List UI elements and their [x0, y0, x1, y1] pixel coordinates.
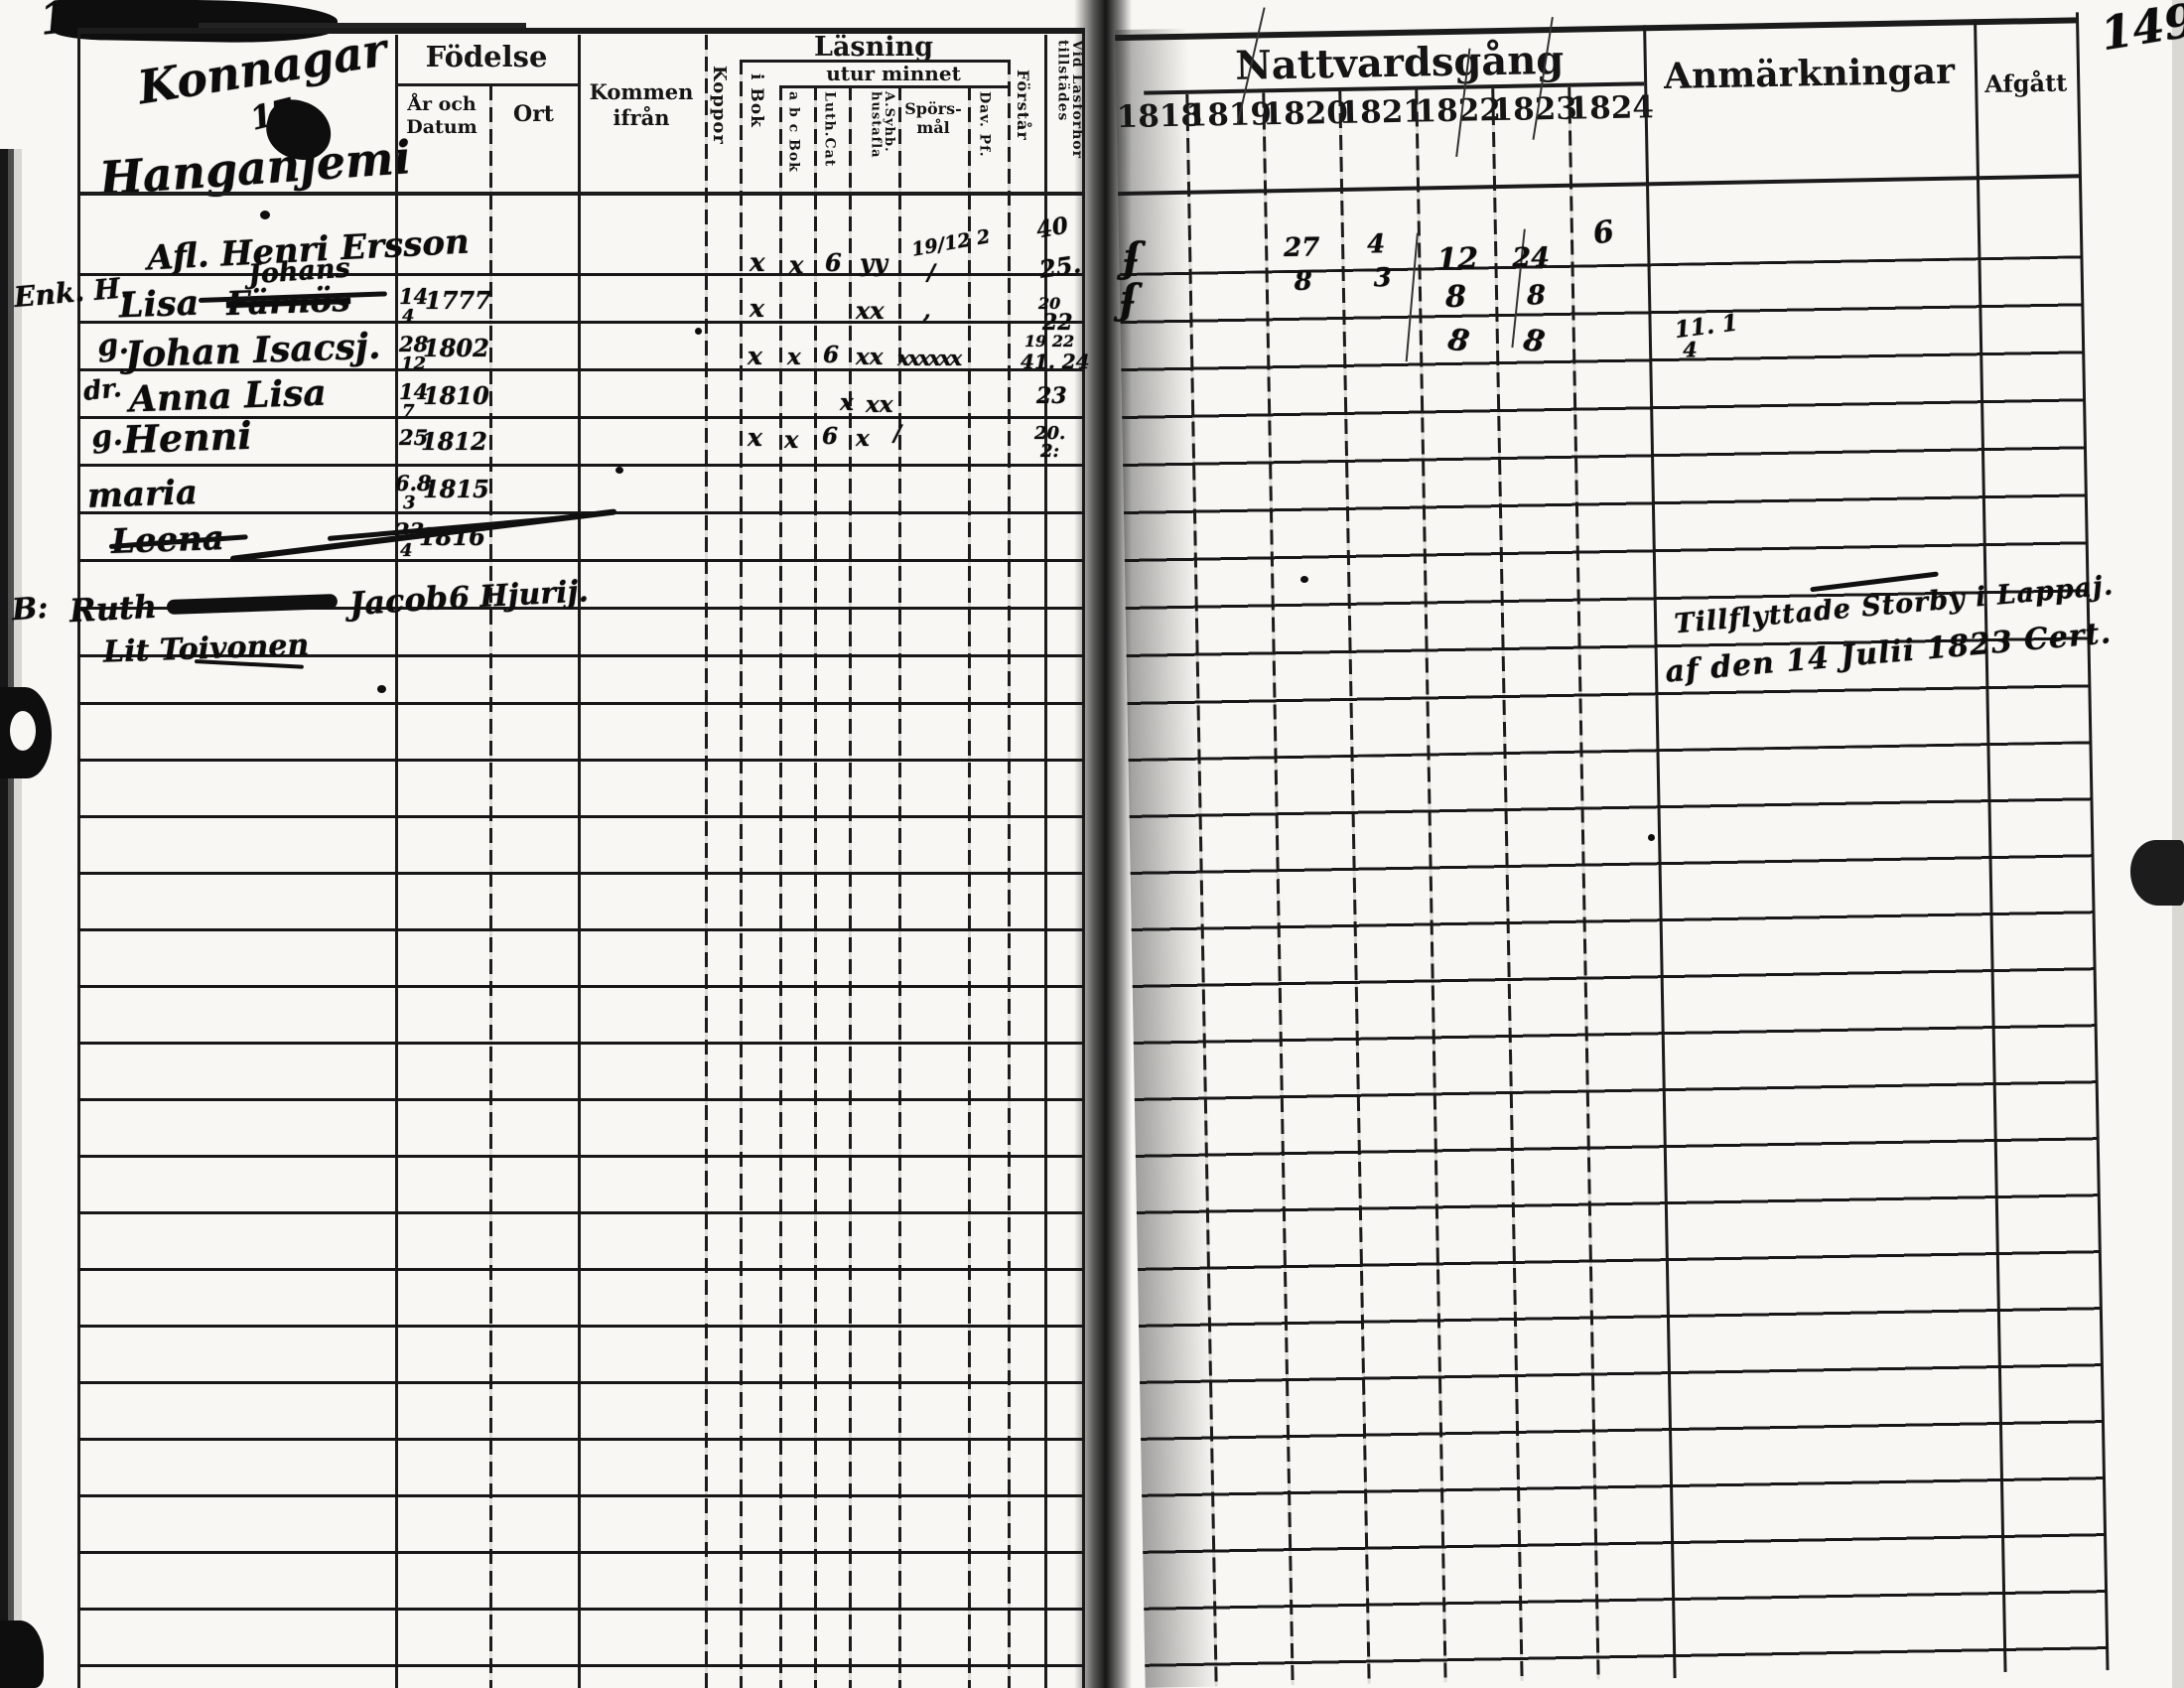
communion-margin-mark: ʄ	[1123, 234, 1141, 281]
reading-mark: ,	[923, 298, 931, 324]
right-page: Nattvardsgång 1818 1819 1820 1821 1822 1…	[1115, 0, 2114, 1688]
year-label-1822: 1822	[1415, 92, 1492, 129]
year-label-1821: 1821	[1338, 94, 1416, 131]
reading-mark: x	[750, 294, 764, 323]
fodelse-underline	[395, 83, 578, 86]
communion-date-num: 4	[1367, 229, 1386, 259]
attendance-number: 41. 24	[1021, 350, 1090, 373]
header-lasning: Läsning	[740, 32, 1008, 63]
ink-speck	[1300, 576, 1308, 583]
birth-month: 3	[403, 492, 416, 513]
birth-year: 1812	[421, 427, 487, 456]
header-utur-minnet: utur minnet	[779, 62, 1008, 85]
grid-rows-lower-left	[77, 759, 1084, 1688]
year-label-1820: 1820	[1262, 95, 1339, 132]
remark-number: 4	[1683, 337, 1698, 361]
year-label-1819: 1819	[1185, 96, 1263, 133]
entry-name: Johan Isacsj.	[124, 326, 381, 376]
attendance-number: 40	[1034, 211, 1070, 243]
year-label-1824: 1824	[1568, 89, 1645, 126]
binding-clasp-hole	[10, 711, 36, 751]
birth-year: 1815	[423, 475, 489, 503]
header-anmarkningar: Anmärkningar	[1644, 50, 1976, 97]
reading-mark: 6	[825, 248, 842, 277]
reading-mark: 6	[822, 423, 838, 450]
scan-corner-bottom-left	[0, 1620, 44, 1688]
header-koppor: Koppor	[709, 66, 728, 191]
communion-date-den: 3	[1373, 263, 1392, 293]
reading-mark: xx	[856, 344, 883, 370]
communion-margin-mark: ʄ	[1120, 276, 1138, 323]
header-dav-pf: Dav. Pf.	[977, 91, 992, 191]
entry-note: 6 Hjurij.	[448, 574, 589, 616]
communion-date-den: 8	[1527, 280, 1546, 311]
header-ort: Ort	[489, 101, 578, 127]
communion-date-num: 27	[1284, 232, 1320, 263]
reading-mark: x	[856, 425, 870, 452]
reading-mark: xx	[856, 296, 885, 325]
entry-margin-note: dr.	[82, 373, 123, 407]
scanned-parish-register-spread: 148 149 Konnagar 17 Hanganjemi Födelse Å…	[0, 0, 2184, 1688]
header-afgatt: Afgått	[1975, 68, 2078, 98]
ink-speck	[260, 211, 270, 219]
entry-name: Lisa	[118, 283, 200, 327]
reading-mark: x	[748, 423, 762, 452]
header-vid-lasforhor: Vid Läsförhör tillstädes	[1046, 40, 1084, 191]
year-label-1823: 1823	[1491, 91, 1569, 128]
reading-mark: /	[893, 421, 901, 447]
reading-mark: xxxxxx	[897, 346, 960, 370]
scan-edge-left	[0, 149, 22, 1688]
reading-mark: x	[784, 425, 798, 454]
reading-mark: 19/12 2	[910, 225, 992, 260]
communion-date-num: 6	[1590, 214, 1616, 252]
attendance-number: 25.	[1037, 249, 1082, 284]
header-abc-bok: a b c Bok	[786, 91, 801, 191]
ink-speck	[695, 328, 702, 335]
birth-month: 4	[402, 306, 415, 327]
entry-name: Ruth	[68, 588, 158, 631]
reading-mark: x	[787, 344, 801, 370]
attendance-number: 19 22	[1024, 332, 1074, 351]
grid-rows-lower-right	[1129, 741, 2109, 1688]
header-syhb-hustafla: A.Syhb. hustafla	[852, 91, 895, 191]
reading-mark: 6	[823, 342, 839, 368]
communion-date-num: 12	[1436, 241, 1478, 277]
page-number-right: 149	[2097, 0, 2184, 61]
birth-month: 4	[400, 540, 413, 561]
reading-mark: x	[750, 248, 765, 278]
entry-margin-note: g.	[89, 417, 124, 455]
header-ar-och-datum: År och Datum	[397, 93, 486, 139]
header-luth-cat: Luth.Cat	[822, 91, 837, 191]
ink-speck	[1648, 834, 1655, 841]
attendance-number: 23	[1036, 383, 1067, 409]
entry-name: Henni	[122, 413, 252, 463]
header-bottom-line	[1118, 174, 2081, 196]
reading-mark: /	[927, 260, 935, 286]
entry-margin-note: B:	[11, 591, 50, 628]
header-sporsmal: Spörs-mål	[898, 99, 968, 137]
header-fodelse: Födelse	[395, 40, 578, 73]
ink-speck	[615, 467, 623, 474]
reading-mark: x	[789, 250, 803, 279]
communion-date-den: 8	[1445, 280, 1467, 315]
reading-mark: x	[840, 389, 854, 416]
year-label-1818: 1818	[1116, 98, 1186, 135]
reading-mark: yy	[860, 248, 887, 277]
reading-mark: xx	[866, 391, 892, 418]
attendance-number: 2:	[1040, 441, 1059, 462]
entry-name: maria	[86, 473, 198, 516]
birth-year: 1777	[425, 286, 491, 315]
ink-speck	[377, 685, 386, 693]
ink-blob-right-edge	[2130, 840, 2184, 906]
header-bottom-line	[77, 192, 1084, 196]
birth-month: 7	[402, 401, 415, 422]
header-i-bok: i Bok	[747, 73, 764, 191]
reading-mark: x	[748, 342, 762, 370]
communion-date-den: 8	[1294, 267, 1312, 297]
communion-date-num: 24	[1512, 242, 1550, 274]
birth-year: 1810	[423, 381, 489, 410]
birth-year: 1802	[423, 334, 489, 362]
entry-name-after: Jacob	[348, 579, 449, 624]
header-forstar: Förstår	[1014, 70, 1030, 191]
header-kommen-ifran: Kommen ifrån	[578, 79, 705, 132]
